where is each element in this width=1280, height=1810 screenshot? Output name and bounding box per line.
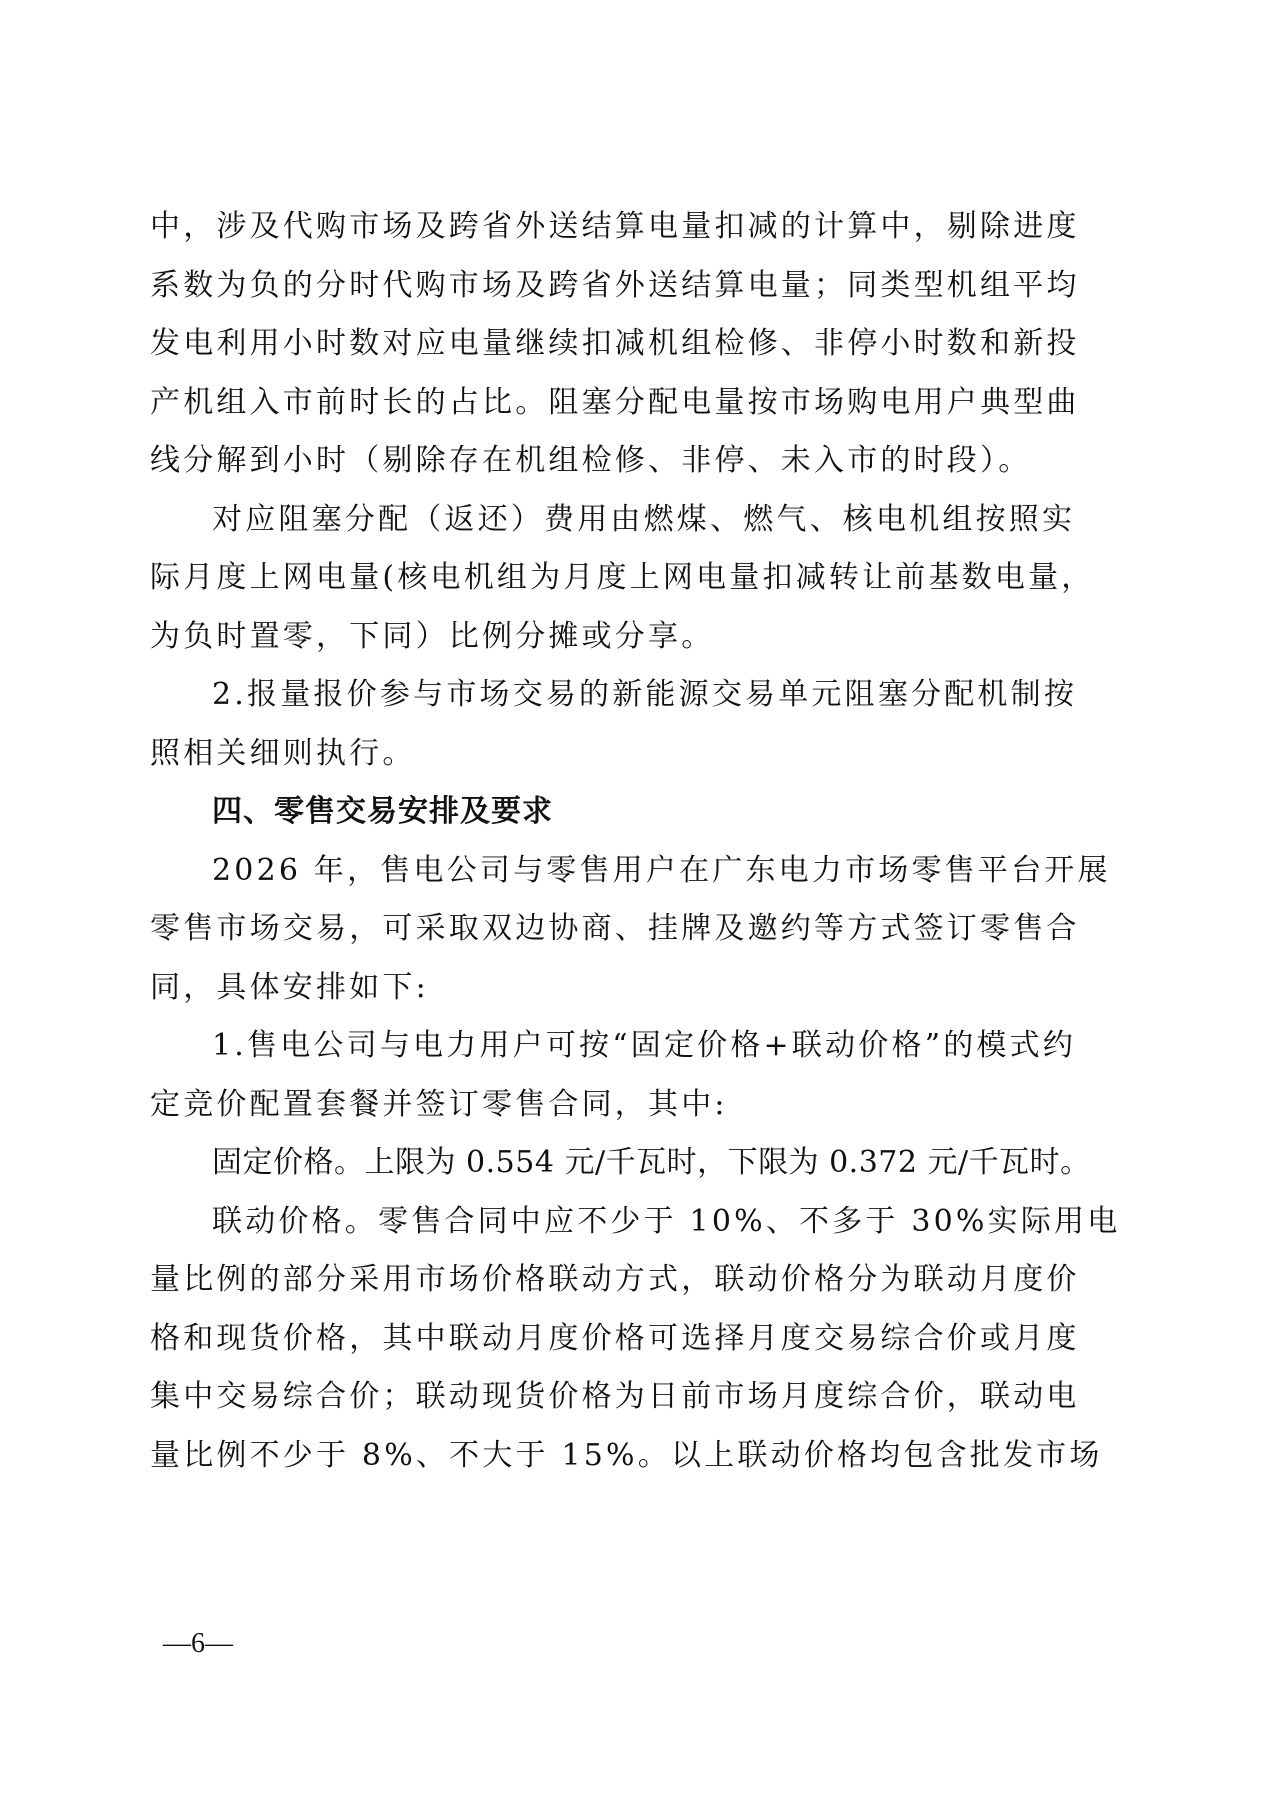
text-line: 零售市场交易，可采取双边协商、挂牌及邀约等方式签订零售合 — [150, 900, 972, 959]
paragraph-start: 固定价格。上限为 0.554 元/千瓦时，下限为 0.372 元/千瓦时。 — [150, 1134, 972, 1193]
body-text: 中，涉及代购市场及跨省外送结算电量扣减的计算中，剔除进度 系数为负的分时代购市场… — [150, 198, 972, 1485]
section-heading: 四、零售交易安排及要求 — [150, 783, 972, 842]
paragraph-start: 联动价格。零售合同中应不少于 10%、不多于 30%实际用电 — [150, 1193, 972, 1252]
text-line: 量比例的部分采用市场价格联动方式，联动价格分为联动月度价 — [150, 1251, 972, 1310]
text-line: 集中交易综合价；联动现货价格为日前市场月度综合价，联动电 — [150, 1368, 972, 1427]
paragraph-start: 2.报量报价参与市场交易的新能源交易单元阻塞分配机制按 — [150, 666, 972, 725]
text-line: 为负时置零，下同）比例分摊或分享。 — [150, 608, 972, 667]
paragraph-start: 对应阻塞分配（返还）费用由燃煤、燃气、核电机组按照实 — [150, 491, 972, 550]
text-line: 格和现货价格，其中联动月度价格可选择月度交易综合价或月度 — [150, 1310, 972, 1369]
text-line: 量比例不少于 8%、不大于 15%。以上联动价格均包含批发市场 — [150, 1427, 972, 1486]
paragraph-start: 1.售电公司与电力用户可按“固定价格+联动价格”的模式约 — [150, 1017, 972, 1076]
text-line: 发电利用小时数对应电量继续扣减机组检修、非停小时数和新投 — [150, 315, 972, 374]
paragraph-start: 2026 年，售电公司与零售用户在广东电力市场零售平台开展 — [150, 842, 972, 901]
text-line: 线分解到小时（剔除存在机组检修、非停、未入市的时段）。 — [150, 432, 972, 491]
text-line: 系数为负的分时代购市场及跨省外送结算电量；同类型机组平均 — [150, 257, 972, 316]
text-line: 际月度上网电量(核电机组为月度上网电量扣减转让前基数电量， — [150, 549, 972, 608]
text-line: 照相关细则执行。 — [150, 725, 972, 784]
text-line: 同，具体安排如下: — [150, 959, 972, 1018]
text-line: 产机组入市前时长的占比。阻塞分配电量按市场购电用户典型曲 — [150, 374, 972, 433]
text-line: 定竞价配置套餐并签订零售合同，其中: — [150, 1076, 972, 1135]
page-number: —6— — [163, 1628, 233, 1660]
document-page: 中，涉及代购市场及跨省外送结算电量扣减的计算中，剔除进度 系数为负的分时代购市场… — [0, 0, 1280, 1810]
text-line: 中，涉及代购市场及跨省外送结算电量扣减的计算中，剔除进度 — [150, 198, 972, 257]
